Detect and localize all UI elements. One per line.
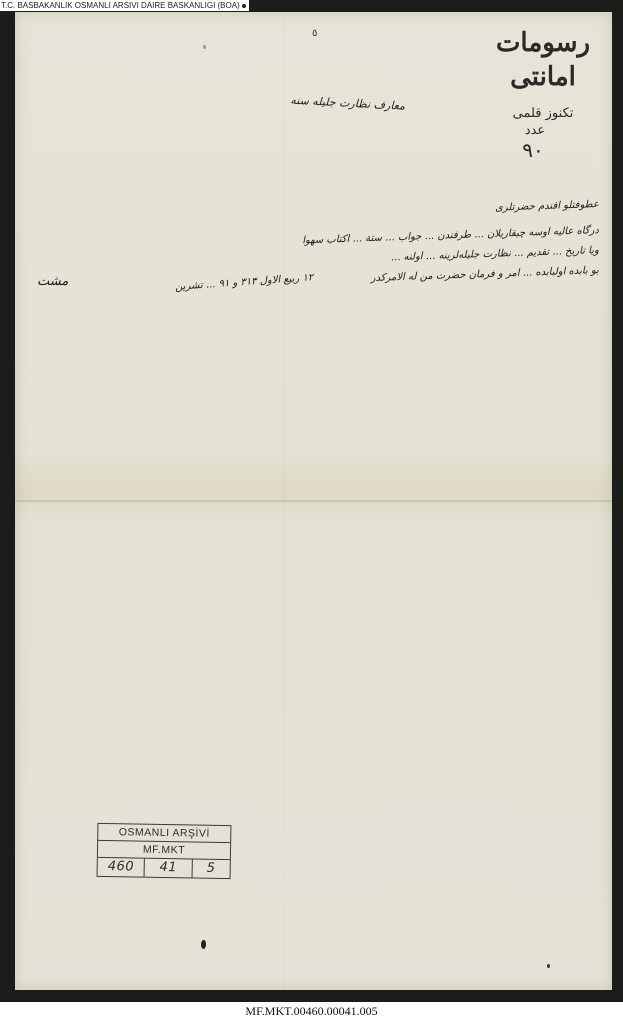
top-mark: ٥ xyxy=(312,28,317,39)
letterhead: رسومات امانتی تکنوز قلمی عدد ٩٠ xyxy=(488,26,598,162)
horizontal-fold-line xyxy=(15,500,612,502)
bullet-icon xyxy=(242,4,246,8)
ink-speck xyxy=(547,964,550,968)
stamp-cell-shirt: 41 xyxy=(145,859,193,878)
ink-speck xyxy=(203,45,206,49)
letterhead-office: تکنوز قلمی xyxy=(488,106,598,121)
addressee: معارف نظارت جلیله سنه xyxy=(265,92,405,112)
document-page: ٥ رسومات امانتی تکنوز قلمی عدد ٩٠ معارف … xyxy=(15,12,612,990)
paper-hole xyxy=(201,940,206,949)
archive-header-label: T.C. BASBAKANLIK OSMANLI ARSIVI DAIRE BA… xyxy=(0,0,249,11)
reference-code: MF.MKT.00460.00041.005 xyxy=(0,1004,623,1019)
letterhead-number-label: عدد xyxy=(488,123,582,138)
stamp-cell-dossier: 460 xyxy=(98,858,146,877)
vertical-fold-line xyxy=(283,12,284,990)
archive-stamp: OSMANLI ARŞİVİ MF.MKT 460 41 5 xyxy=(97,823,232,879)
signature: مشت xyxy=(37,274,68,289)
letterhead-number: ٩٠ xyxy=(488,138,578,162)
letter-body: عطوفتلو افندم حضرتلری درگاه عالیه اوسه چ… xyxy=(29,208,599,288)
archive-header-text: T.C. BASBAKANLIK OSMANLI ARSIVI DAIRE BA… xyxy=(1,1,240,10)
stamp-cell-page: 5 xyxy=(192,860,229,879)
stamp-numbers: 460 41 5 xyxy=(98,858,230,878)
letterhead-ministry: رسومات امانتی xyxy=(488,26,598,94)
